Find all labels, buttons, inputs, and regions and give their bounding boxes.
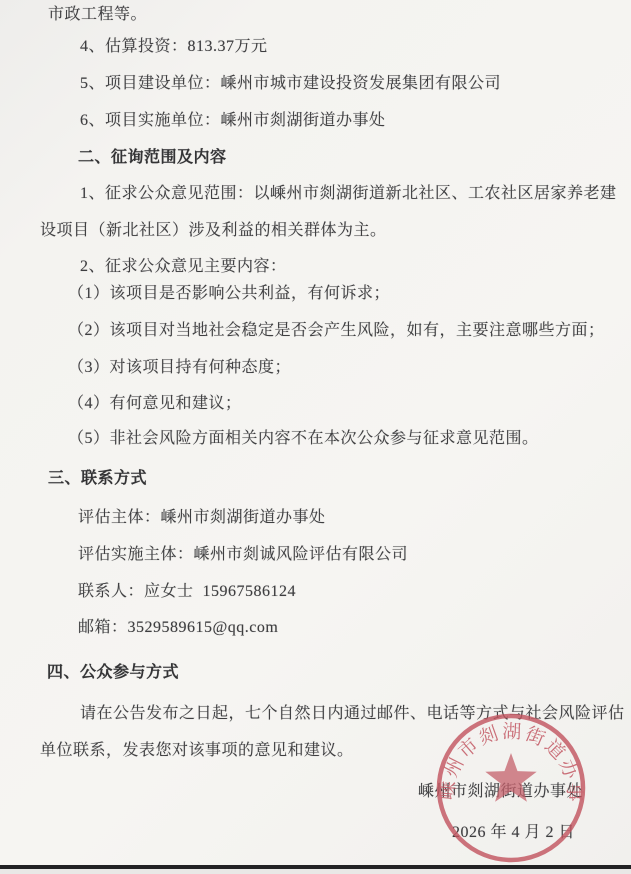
contact-assessment-body: 评估主体：嵊州市剡湖街道办事处: [78, 507, 326, 529]
photo-below-edge-area: [0, 869, 631, 874]
section2-heading: 二、征询范围及内容: [78, 147, 227, 169]
section2-para1-line1: 1、征求公众意见范围：以嵊州市剡湖街道新北社区、工农社区居家养老建: [80, 183, 617, 205]
official-seal-stamp: 嵊州市剡湖街道办事处: [433, 710, 589, 866]
section2-para2: 2、征求公众意见主要内容：: [80, 256, 287, 278]
contact-implementing-body: 评估实施主体：嵊州市剡诚风险评估有限公司: [78, 544, 408, 566]
contact-person-phone: 联系人：应女士 15967586124: [78, 581, 296, 603]
opinion-item-3: （3）对该项目持有何种态度；: [68, 357, 291, 379]
opinion-item-1: （1）该项目是否影响公共利益，有何诉求；: [68, 283, 390, 305]
section3-heading: 三、联系方式: [48, 468, 147, 490]
opinion-item-4: （4）有何意见和建议；: [68, 393, 242, 415]
opinion-item-5: （5）非社会风险方面相关内容不在本次公众参与征求意见范围。: [68, 428, 539, 450]
contact-email: 邮箱：3529589615@qq.com: [78, 617, 278, 639]
section4-para-line2: 单位联系，发表您对该事项的意见和建议。: [40, 740, 354, 762]
item-investment-estimate: 4、估算投资：813.37万元: [80, 36, 268, 58]
seal-star-icon: [485, 753, 536, 802]
item-implementation-unit: 6、项目实施单位：嵊州市剡湖街道办事处: [80, 110, 386, 132]
item-construction-unit: 5、项目建设单位：嵊州市城市建设投资发展集团有限公司: [80, 73, 501, 95]
section4-heading: 四、公众参与方式: [47, 662, 179, 684]
continuation-line: 市政工程等。: [48, 4, 147, 26]
opinion-item-2: （2）该项目对当地社会稳定是否会产生风险，如有，主要注意哪些方面；: [68, 320, 605, 342]
section2-para1-line2: 设项目（新北社区）涉及利益的相关群体为主。: [40, 220, 387, 242]
